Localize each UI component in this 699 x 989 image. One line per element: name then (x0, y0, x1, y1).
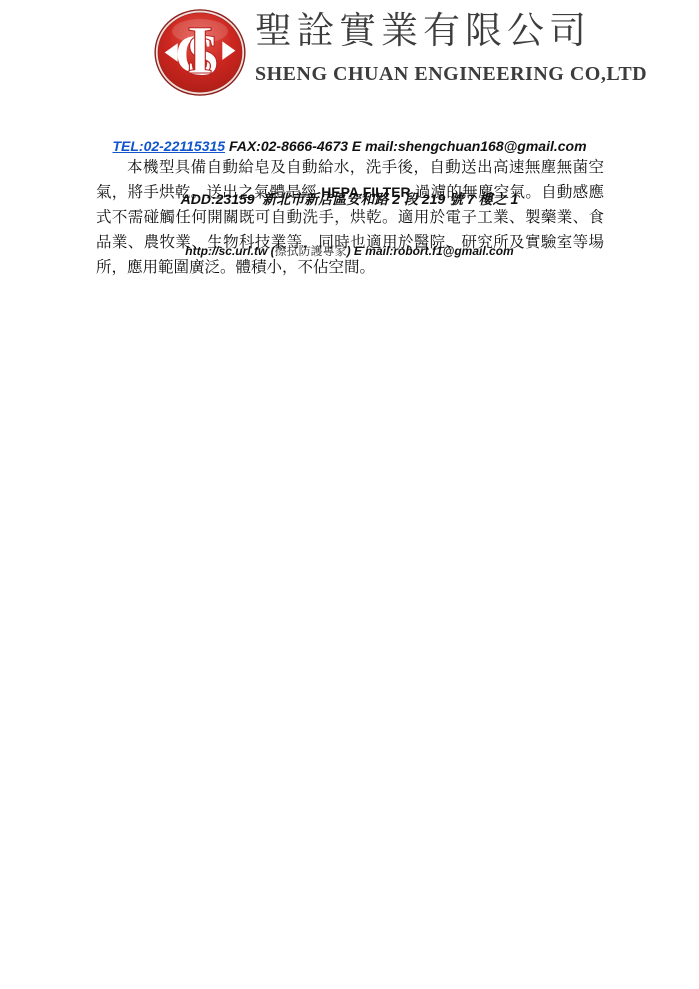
seal-icon: C S I (150, 6, 250, 99)
company-name-en: SHENG CHUAN ENGINEERING CO,LTD (255, 62, 600, 86)
letterhead: C S I 聖詮實業有限公司 SHENG CHUAN ENGINEERING C… (0, 0, 699, 100)
tel-link[interactable]: TEL:02-22115315 (112, 138, 225, 154)
tel-fax-email-line: TEL:02-22115315 FAX:02-8666-4673 E mail:… (0, 137, 699, 155)
product-description: 本機型具備自動給皂及自動給水，洗手後，自動送出高速無塵無菌空氣，將手烘乾。送出之… (96, 155, 604, 280)
company-name-zh: 聖詮實業有限公司 (255, 8, 600, 56)
svg-text:I: I (187, 12, 214, 88)
fax-email-text: FAX:02-8666-4673 E mail:shengchuan168@gm… (225, 138, 586, 154)
hepa-filter-text: HEPA FILTER (321, 184, 410, 200)
company-seal-logo: C S I (150, 6, 250, 99)
company-titles: 聖詮實業有限公司 SHENG CHUAN ENGINEERING CO,LTD (255, 8, 600, 86)
document-page: C S I 聖詮實業有限公司 SHENG CHUAN ENGINEERING C… (0, 0, 699, 989)
